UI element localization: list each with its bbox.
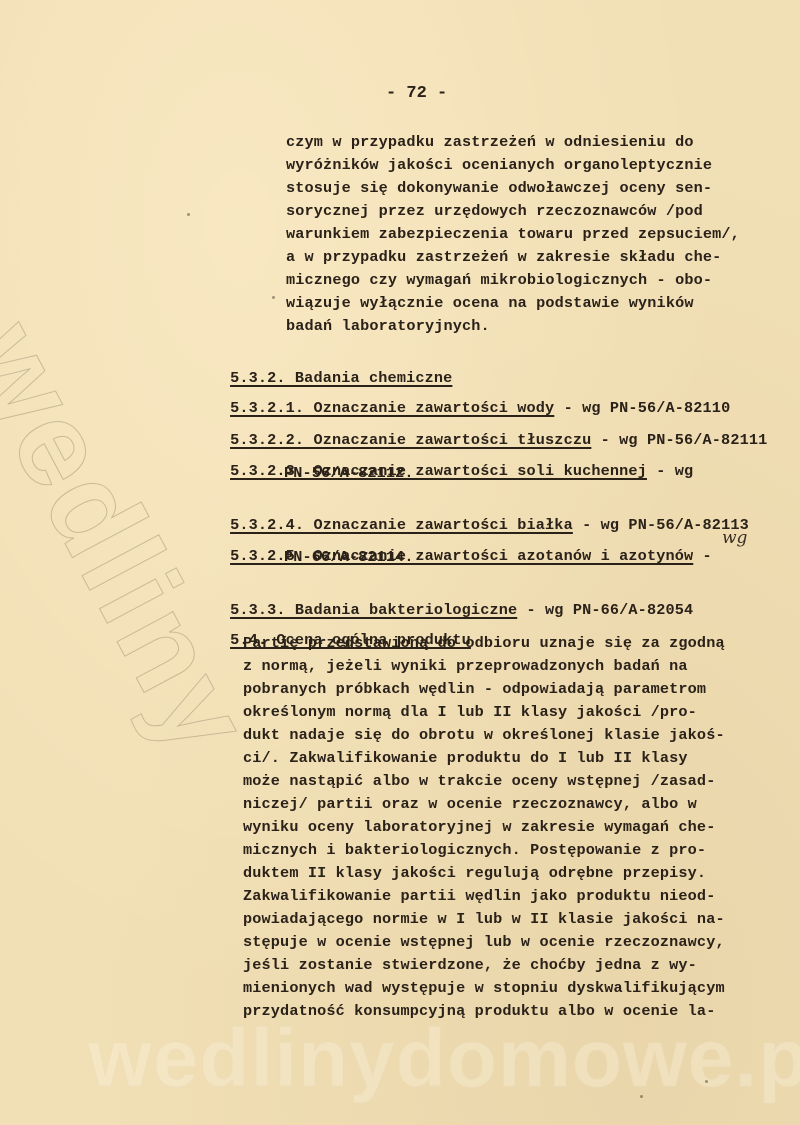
text-line: warunkiem zabezpieczenia towaru przed ze…: [286, 224, 740, 244]
text-line: stępuje w ocenie wstępnej lub w ocenie r…: [243, 932, 725, 952]
text-line: może nastąpić albo w trakcie oceny wstęp…: [243, 771, 715, 791]
text-line: dukt nadaje się do obrotu w określonej k…: [243, 725, 725, 745]
text-line: przydatność konsumpcyjną produktu albo w…: [243, 1001, 715, 1021]
text-line: powiadającego normie w I lub w II klasie…: [243, 909, 725, 929]
text-line: pobranych próbkach wędlin - odpowiadają …: [243, 679, 706, 699]
text-line: wyróżników jakości ocenianych organolept…: [286, 155, 712, 175]
section-heading-5-3-2-3: 5.3.2.3. Oznaczanie zawartości soli kuch…: [193, 441, 693, 501]
page-number: - 72 -: [386, 84, 447, 103]
text-line: jeśli zostanie stwierdzone, że choćby je…: [243, 955, 697, 975]
paper-speck: [705, 1080, 708, 1083]
paper-speck: [272, 296, 275, 299]
text-line: sorycznej przez urzędowych rzeczoznawców…: [286, 201, 703, 221]
text-line: micznych i bakteriologicznych. Postępowa…: [243, 840, 706, 860]
handwritten-note: wg: [722, 528, 747, 548]
standard-reference: - wg: [647, 462, 693, 480]
text-line: niczej/ partii oraz w ocenie rzeczoznawc…: [243, 794, 697, 814]
standard-reference: -: [693, 547, 721, 565]
text-line: micznego czy wymagań mikrobiologicznych …: [286, 270, 712, 290]
bottom-watermark: wedlinydomowe.pl: [88, 1012, 800, 1106]
paper-speck: [187, 213, 190, 216]
text-line: wiązuje wyłącznie ocena na podstawie wyn…: [286, 293, 694, 313]
text-line: wyniku oceny laboratoryjnej w zakresie w…: [243, 817, 715, 837]
text-line: ci/. Zakwalifikowanie produktu do I lub …: [243, 748, 688, 768]
text-line: stosuje się dokonywanie odwoławczej ocen…: [286, 178, 712, 198]
text-line: a w przypadku zastrzeżeń w zakresie skła…: [286, 247, 721, 267]
document-page: wedliny - 72 - czym w przypadku zastrzeż…: [0, 0, 800, 1125]
standard-reference-continued: PN-56/A-82112.: [284, 463, 414, 483]
standard-reference: - wg PN-66/A-82054: [517, 601, 693, 619]
text-line: określonym normą dla I lub II klasy jako…: [243, 702, 697, 722]
text-line: duktem II klasy jakości regulują odrębne…: [243, 863, 706, 883]
section-heading-5-3-2-5: 5.3.2.5. Oznaczanie zawartości azotanów …: [193, 526, 721, 586]
standard-reference-continued: PN-66/A-82114.: [284, 547, 414, 567]
paper-speck: [640, 1095, 643, 1098]
text-line: z normą, jeżeli wyniki przeprowadzonych …: [243, 656, 688, 676]
text-line: badań laboratoryjnych.: [286, 316, 490, 336]
text-line: Partię przedstawioną do odbioru uznaje s…: [243, 633, 725, 653]
text-line: Zakwalifikowanie partii wędlin jako prod…: [243, 886, 715, 906]
text-line: mienionych wad występuje w stopniu dyskw…: [243, 978, 725, 998]
text-line: czym w przypadku zastrzeżeń w odniesieni…: [286, 132, 694, 152]
